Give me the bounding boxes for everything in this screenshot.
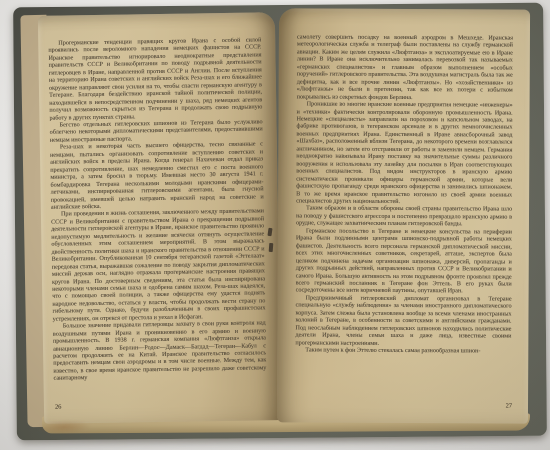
paragraph: Проникшие во многие иранские военные пре…	[296, 102, 513, 207]
paragraph: Большое значение придавали гитлеровцы за…	[53, 321, 267, 384]
right-page-text: самолету совершить посадку на военный аэ…	[295, 34, 513, 413]
paragraph: самолету совершить посадку на военный аэ…	[297, 34, 513, 102]
paragraph: Таким путем к фон Эттелю стекалась самая…	[295, 347, 511, 356]
paragraph: Таким образом и в области обороны своей …	[296, 206, 512, 229]
paragraph: Реза-шах и некоторая часть высшего офице…	[50, 142, 264, 212]
left-page-text: Прогерманские тенденции правящих кругов …	[48, 37, 267, 408]
left-page: Прогерманские тенденции правящих кругов …	[38, 12, 281, 424]
paragraph: Германское посольство в Тегеране и немец…	[296, 228, 512, 296]
page-number-right: 27	[506, 403, 512, 410]
page-number-left: 26	[55, 404, 61, 411]
paragraph: Прогерманские тенденции правящих кругов …	[48, 37, 262, 122]
paper-stain	[36, 419, 92, 435]
book-photo: Прогерманские тенденции правящих кругов …	[0, 0, 550, 450]
binding-thread-mark	[269, 243, 274, 252]
right-page: самолету совершить посадку на военный аэ…	[277, 8, 530, 423]
paragraph: Предприимчивый гитлеровский дипломат орг…	[295, 295, 511, 348]
paragraph: При проведении в жизнь соглашения, заклю…	[51, 209, 266, 324]
